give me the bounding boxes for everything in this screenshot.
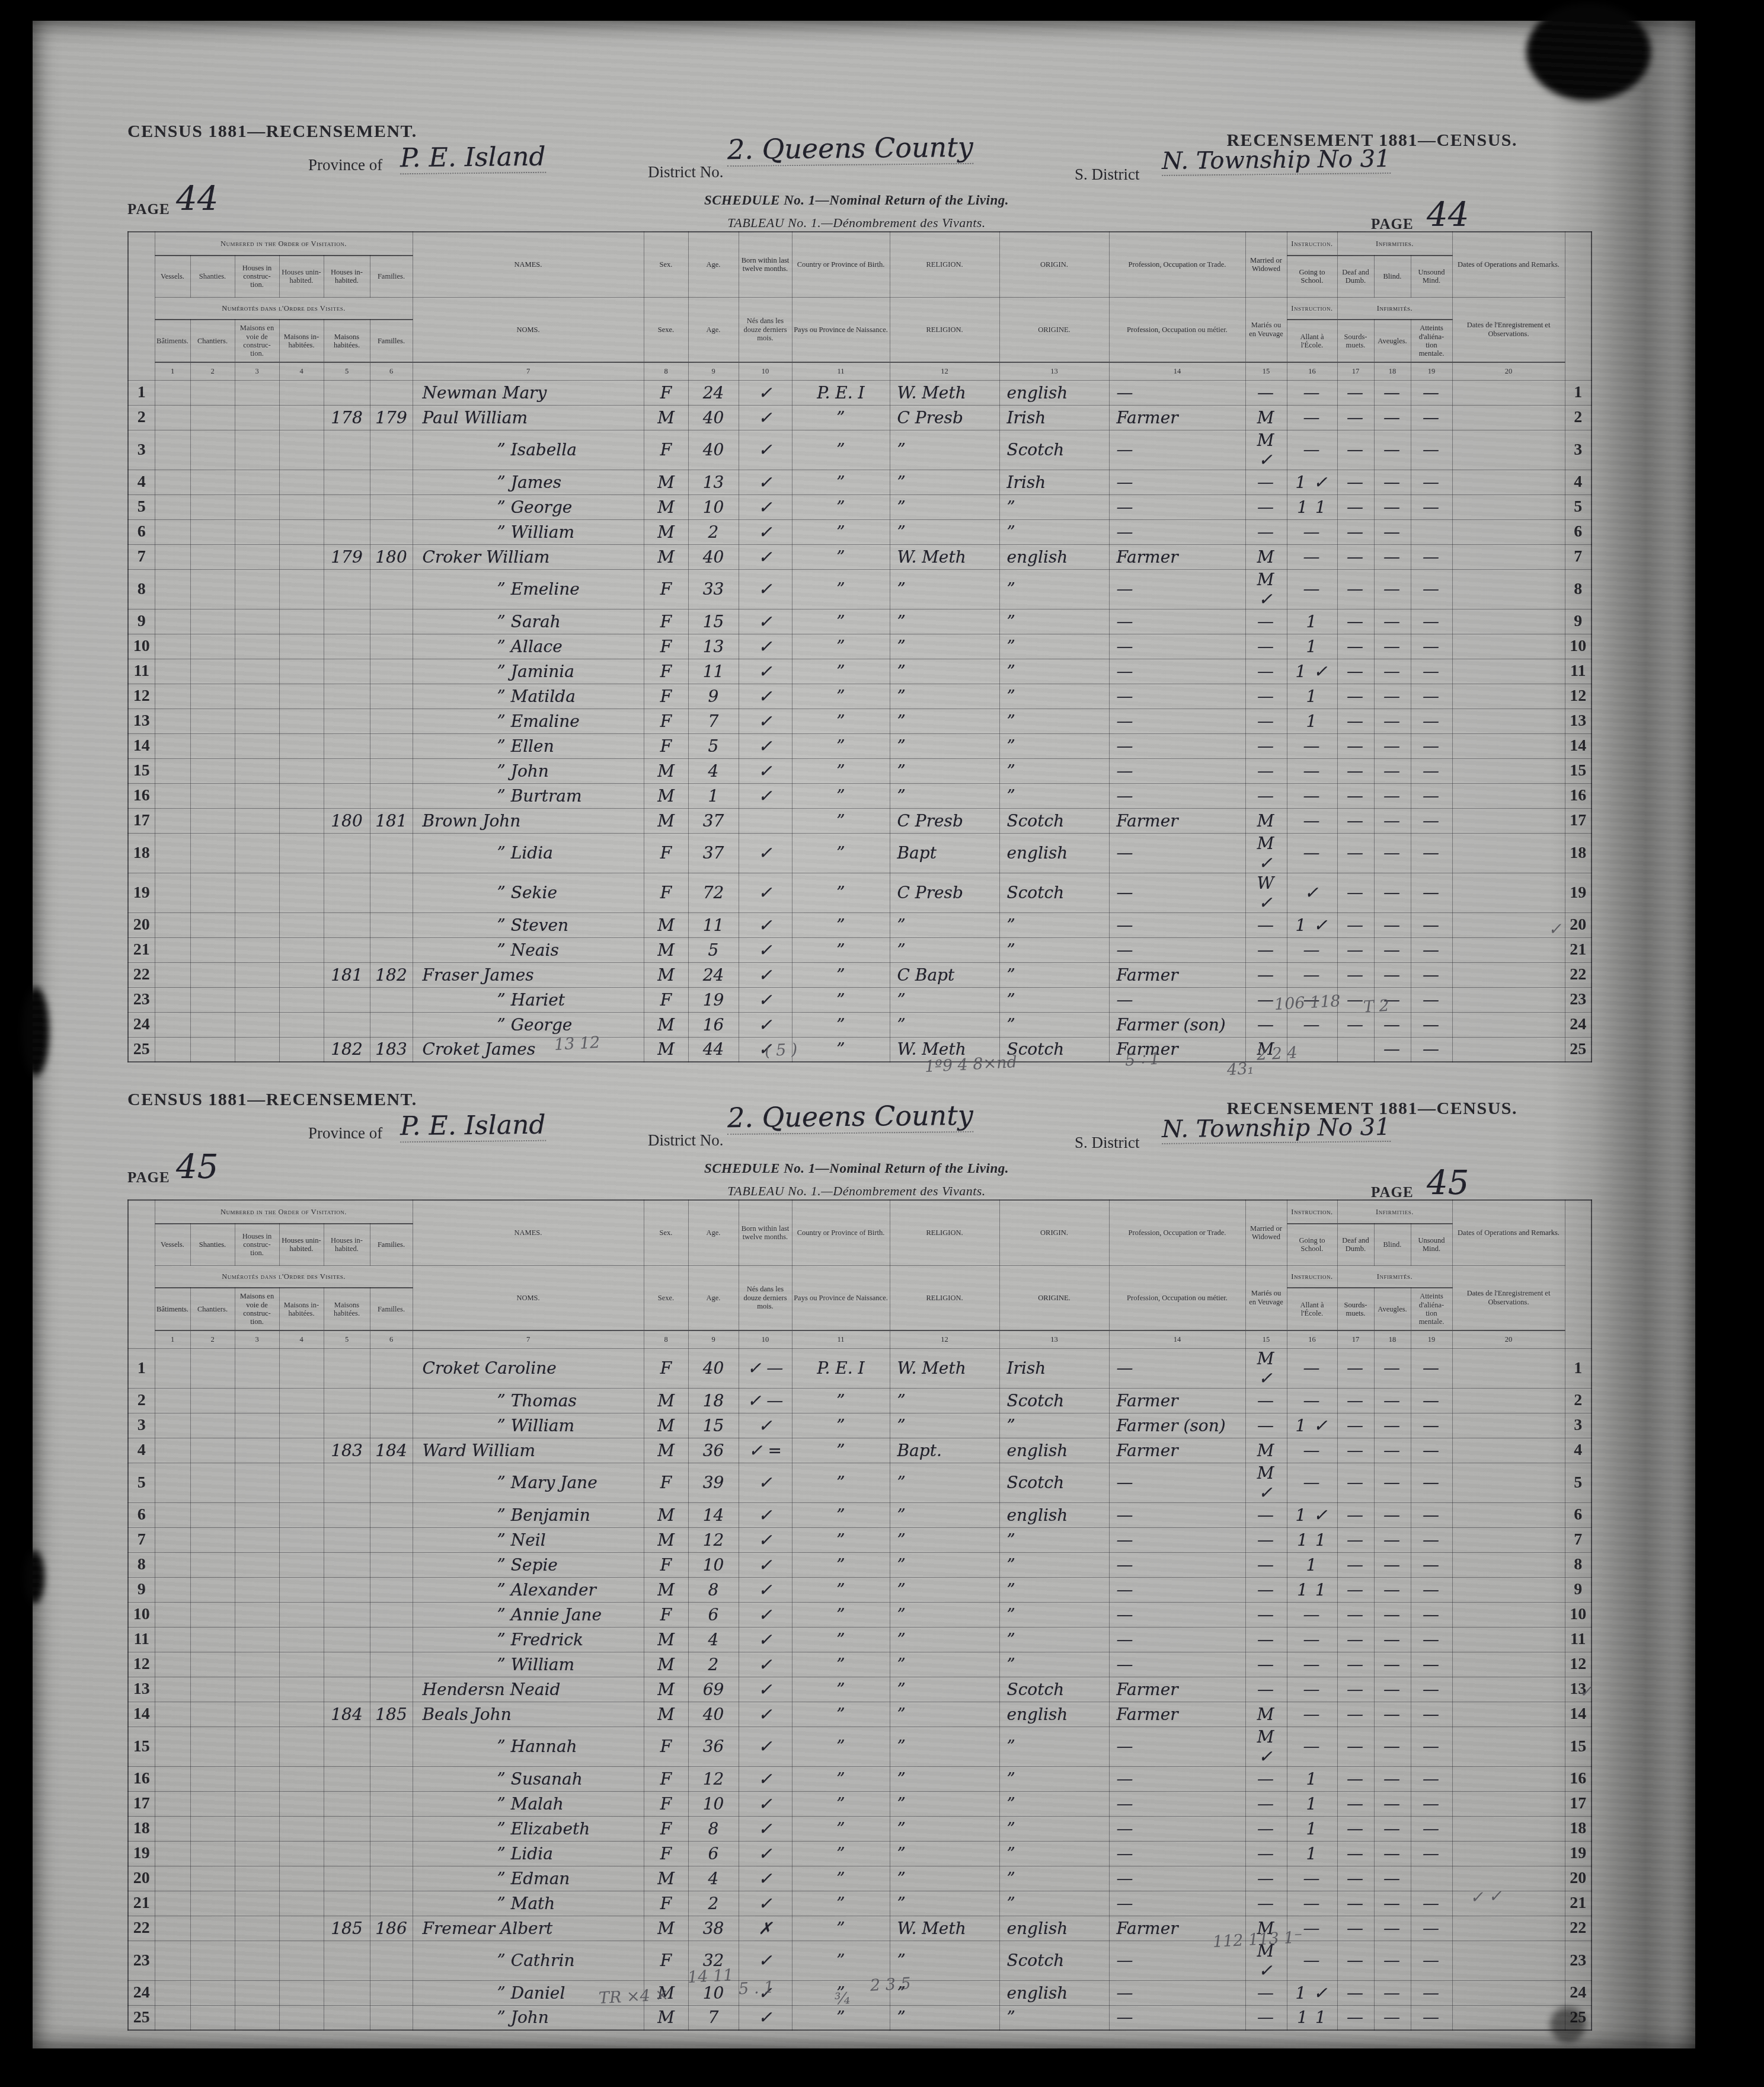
cell-shanties [190, 1941, 235, 1980]
cell-deaf-dumb: — [1337, 1463, 1374, 1502]
cell-age: 39 [688, 1463, 739, 1502]
col-header-17-en: Deaf and Dumb. [1337, 1224, 1374, 1265]
cell-row-number: 5 [128, 494, 155, 519]
province-value: P. E. Island [400, 1110, 546, 1143]
cell-school: — [1287, 1012, 1337, 1037]
cell-school: 1 [1287, 1766, 1337, 1791]
cell-row-number: 17 [128, 808, 155, 833]
cell-unsound-mind: — [1411, 1463, 1452, 1502]
cell-row-number: 1 [128, 1348, 155, 1388]
cell-row-number: 8 [128, 569, 155, 609]
cell-blind: — [1374, 1841, 1411, 1866]
cell-family-number [370, 1677, 413, 1702]
cell-shanties [190, 1916, 235, 1941]
cell-family-number [370, 1388, 413, 1413]
cell-houses-construction [235, 758, 279, 783]
cell-profession: — [1109, 1791, 1245, 1816]
cell-born-12mo: ✓ [739, 1941, 792, 1980]
cell-origin: ” [999, 733, 1109, 758]
cell-shanties [190, 1463, 235, 1502]
cell-profession: Farmer [1109, 1438, 1245, 1463]
cell-house-number [324, 2005, 370, 2030]
cell-sex: M [644, 1438, 688, 1463]
cell-birthplace: ” [792, 783, 890, 808]
cell-blind: — [1374, 937, 1411, 962]
cell-houses-construction [235, 1652, 279, 1677]
cell-age: 4 [688, 1627, 739, 1652]
cell-shanties [190, 709, 235, 733]
cell-house-number [324, 684, 370, 709]
col-number-2: 2 [190, 362, 235, 380]
cell-birthplace: ” [792, 1866, 890, 1891]
census-row: 17” MalahF10✓”””——1———17 [128, 1791, 1592, 1816]
col-header-8-en: Sex. [644, 232, 688, 297]
census-row: 1Croket CarolineF40✓ —P. E. IW. MethIris… [128, 1348, 1592, 1388]
cell-age: 7 [688, 2005, 739, 2030]
cell-shanties [190, 758, 235, 783]
cell-vessels [155, 1916, 190, 1941]
census-row: 15” HannahF36✓”””—M ✓————15 [128, 1727, 1592, 1766]
cell-born-12mo: ✓ [739, 1841, 792, 1866]
cell-family-number [370, 758, 413, 783]
cell-birthplace: ” [792, 1652, 890, 1677]
cell-school: 1 ✓ [1287, 1413, 1337, 1438]
cell-family-number [370, 1502, 413, 1527]
cell-family-number: 181 [370, 808, 413, 833]
page-number-right: 44 [1427, 196, 1469, 234]
cell-blind: — [1374, 634, 1411, 659]
col-header-19-en: Unsound Mind. [1411, 256, 1452, 297]
cell-house-number: 181 [324, 962, 370, 987]
cell-deaf-dumb: — [1337, 1980, 1374, 2005]
cell-birthplace: ” [792, 1012, 890, 1037]
cell-houses-construction [235, 1552, 279, 1577]
cell-vessels [155, 430, 190, 470]
cell-married-widowed: — [1245, 1413, 1287, 1438]
cell-religion: ” [890, 1502, 999, 1527]
cell-born-12mo: ✓ [739, 519, 792, 544]
cell-age: 15 [688, 609, 739, 634]
cell-sex: M [644, 544, 688, 569]
cell-vessels [155, 1677, 190, 1702]
census-row: 8” SepieF10✓”””——1———8 [128, 1552, 1592, 1577]
cell-row-number-right: 22 [1565, 962, 1592, 987]
cell-row-number-right: 7 [1565, 544, 1592, 569]
cell-house-number [324, 937, 370, 962]
cell-origin: ” [999, 783, 1109, 808]
cell-remarks [1452, 494, 1565, 519]
cell-row-number-right: 6 [1565, 519, 1592, 544]
cell-born-12mo: ✓ [739, 1702, 792, 1727]
cell-birthplace: ” [792, 659, 890, 684]
cell-school: 1 1 [1287, 494, 1337, 519]
cell-sex: F [644, 1766, 688, 1791]
census-row: 21” MathF2✓”””——————21 [128, 1891, 1592, 1916]
cell-origin: ” [999, 1602, 1109, 1627]
col-header-14-fr: Profession, Occupation ou métier. [1109, 1265, 1245, 1330]
cell-name: ” Susanah [413, 1766, 644, 1791]
cell-religion: C Presb [890, 405, 999, 430]
page-number-right: 45 [1427, 1164, 1469, 1202]
cell-vessels [155, 1980, 190, 2005]
cell-vessels [155, 987, 190, 1012]
col-number-17: 17 [1337, 362, 1374, 380]
cell-school: 1 ✓ [1287, 912, 1337, 937]
pencil-annotation: 2 3 5 [870, 1974, 911, 1995]
col-header-3-fr: Maisons en voie de construc- tion. [235, 320, 279, 362]
cell-married-widowed: — [1245, 758, 1287, 783]
cell-school: — [1287, 1702, 1337, 1727]
cell-houses-construction [235, 1980, 279, 2005]
cell-blind: — [1374, 808, 1411, 833]
cell-deaf-dumb: — [1337, 758, 1374, 783]
cell-sex: M [644, 1577, 688, 1602]
cell-religion: ” [890, 733, 999, 758]
infirmities-group-fr: Infirmités. [1337, 1265, 1452, 1288]
cell-origin: ” [999, 609, 1109, 634]
pencil-annotation: 5 ∶ 1 [1124, 1049, 1160, 1070]
cell-profession: — [1109, 1577, 1245, 1602]
cell-origin: ” [999, 937, 1109, 962]
col-number-19: 19 [1411, 1330, 1452, 1348]
cell-row-number-right: 19 [1565, 1841, 1592, 1866]
cell-houses-construction [235, 783, 279, 808]
cell-unsound-mind: — [1411, 1702, 1452, 1727]
cell-age: 7 [688, 709, 739, 733]
cell-blind: — [1374, 1413, 1411, 1438]
cell-house-number [324, 833, 370, 873]
cell-name: ” Thomas [413, 1388, 644, 1413]
cell-born-12mo: ✓ [739, 1727, 792, 1766]
infirmities-group-en: Infirmities. [1337, 232, 1452, 256]
cell-blind: — [1374, 430, 1411, 470]
cell-age: 6 [688, 1602, 739, 1627]
cell-houses-uninhabited [279, 962, 324, 987]
cell-remarks [1452, 833, 1565, 873]
cell-row-number-right: 5 [1565, 1463, 1592, 1502]
cell-row-number: 4 [128, 470, 155, 494]
cell-shanties [190, 380, 235, 405]
cell-married-widowed: — [1245, 470, 1287, 494]
cell-born-12mo: ✓ [739, 494, 792, 519]
cell-houses-construction [235, 873, 279, 912]
col-header-15-en: Married or Widowed [1245, 232, 1287, 297]
cell-houses-construction [235, 569, 279, 609]
cell-vessels [155, 609, 190, 634]
cell-born-12mo: ✓ [739, 937, 792, 962]
province-label: Province of [308, 1124, 382, 1143]
cell-vessels [155, 1552, 190, 1577]
cell-age: 11 [688, 912, 739, 937]
cell-married-widowed: — [1245, 1502, 1287, 1527]
cell-age: 38 [688, 1916, 739, 1941]
census-row: 15” JohnM4✓”””——————15 [128, 758, 1592, 783]
cell-origin: ” [999, 2005, 1109, 2030]
cell-born-12mo: ✓ [739, 1627, 792, 1652]
cell-religion: C Presb [890, 808, 999, 833]
cell-married-widowed: — [1245, 684, 1287, 709]
cell-origin: Irish [999, 470, 1109, 494]
census-row: 6” WilliamM2✓”””—————6 [128, 519, 1592, 544]
cell-deaf-dumb: — [1337, 709, 1374, 733]
cell-shanties [190, 1652, 235, 1677]
cell-sex: F [644, 1816, 688, 1841]
cell-houses-uninhabited [279, 544, 324, 569]
cell-houses-uninhabited [279, 1816, 324, 1841]
cell-religion: ” [890, 912, 999, 937]
cell-family-number [370, 1602, 413, 1627]
col-number-6: 6 [370, 362, 413, 380]
census-row: 19” LidiaF6✓”””——1———19 [128, 1841, 1592, 1866]
cell-school: 1 1 [1287, 2005, 1337, 2030]
cell-row-number-right: 16 [1565, 783, 1592, 808]
cell-houses-construction [235, 808, 279, 833]
cell-age: 8 [688, 1816, 739, 1841]
cell-origin: Scotch [999, 873, 1109, 912]
col-number-11: 11 [792, 1330, 890, 1348]
cell-school: — [1287, 1677, 1337, 1702]
pencil-annotation: 106 118 [1274, 992, 1341, 1014]
cell-birthplace: ” [792, 808, 890, 833]
cell-houses-construction [235, 1527, 279, 1552]
cell-deaf-dumb: — [1337, 684, 1374, 709]
cell-unsound-mind [1411, 1866, 1452, 1891]
cell-blind: — [1374, 1577, 1411, 1602]
cell-name: ” Elizabeth [413, 1816, 644, 1841]
cell-birthplace: ” [792, 709, 890, 733]
cell-house-number: 179 [324, 544, 370, 569]
cell-school: 1 [1287, 684, 1337, 709]
cell-profession: Farmer [1109, 405, 1245, 430]
cell-sex: M [644, 912, 688, 937]
cell-row-number-right: 3 [1565, 1413, 1592, 1438]
cell-birthplace: ” [792, 1916, 890, 1941]
cell-religion: ” [890, 1388, 999, 1413]
cell-religion: ” [890, 1463, 999, 1502]
cell-family-number: 184 [370, 1438, 413, 1463]
cell-birthplace: ” [792, 1602, 890, 1627]
cell-row-number-right: 13 [1565, 709, 1592, 733]
col-header-11-en: Country or Province of Birth. [792, 1200, 890, 1265]
cell-row-number-right: 8 [1565, 569, 1592, 609]
cell-row-number: 23 [128, 987, 155, 1012]
cell-remarks [1452, 758, 1565, 783]
col-number-15: 15 [1245, 362, 1287, 380]
subdistrict-label: S. District [1075, 165, 1140, 184]
cell-blind: — [1374, 1652, 1411, 1677]
cell-row-number-right: 1 [1565, 380, 1592, 405]
cell-houses-construction [235, 962, 279, 987]
cell-profession: — [1109, 659, 1245, 684]
col-header-4-fr: Maisons in- habitées. [279, 320, 324, 362]
cell-born-12mo: ✓ [739, 833, 792, 873]
cell-profession: — [1109, 634, 1245, 659]
cell-school: 1 [1287, 1791, 1337, 1816]
cell-shanties [190, 1438, 235, 1463]
cell-school: — [1287, 405, 1337, 430]
cell-born-12mo: ✓ [739, 1652, 792, 1677]
cell-profession: — [1109, 380, 1245, 405]
cell-unsound-mind: — [1411, 1438, 1452, 1463]
cell-deaf-dumb: — [1337, 1791, 1374, 1816]
cell-school: — [1287, 1438, 1337, 1463]
col-number-5: 5 [324, 1330, 370, 1348]
cell-birthplace: ” [792, 569, 890, 609]
col-header-8-fr: Sexe. [644, 297, 688, 362]
cell-sex: F [644, 1552, 688, 1577]
cell-vessels [155, 684, 190, 709]
cell-row-number: 9 [128, 1577, 155, 1602]
cell-school: — [1287, 519, 1337, 544]
cell-row-number-right: 22 [1565, 1916, 1592, 1941]
cell-houses-construction [235, 1766, 279, 1791]
cell-name: ” Alexander [413, 1577, 644, 1602]
cell-married-widowed: — [1245, 1866, 1287, 1891]
cell-origin: ” [999, 1577, 1109, 1602]
cell-profession: — [1109, 2005, 1245, 2030]
cell-remarks [1452, 733, 1565, 758]
cell-family-number [370, 569, 413, 609]
cell-sex: F [644, 833, 688, 873]
col-number-11: 11 [792, 362, 890, 380]
cell-profession: — [1109, 494, 1245, 519]
cell-houses-construction [235, 1602, 279, 1627]
col-header-13-en: ORIGIN. [999, 1200, 1109, 1265]
cell-school: 1 [1287, 609, 1337, 634]
cell-profession: — [1109, 937, 1245, 962]
cell-remarks [1452, 405, 1565, 430]
cell-origin: Scotch [999, 430, 1109, 470]
cell-row-number-right: 2 [1565, 1388, 1592, 1413]
cell-married-widowed: — [1245, 1652, 1287, 1677]
cell-house-number [324, 1552, 370, 1577]
cell-house-number [324, 758, 370, 783]
cell-sex: M [644, 470, 688, 494]
cell-age: 24 [688, 962, 739, 987]
cell-row-number-right: 9 [1565, 1577, 1592, 1602]
cell-deaf-dumb: — [1337, 937, 1374, 962]
cell-houses-construction [235, 380, 279, 405]
cell-unsound-mind: — [1411, 962, 1452, 987]
cell-houses-construction [235, 1463, 279, 1502]
cell-house-number [324, 519, 370, 544]
cell-remarks [1452, 937, 1565, 962]
cell-origin: ” [999, 1866, 1109, 1891]
cell-name: Croket James [413, 1037, 644, 1062]
cell-family-number [370, 1527, 413, 1552]
cell-born-12mo: ✓ [739, 609, 792, 634]
cell-family-number [370, 519, 413, 544]
cell-born-12mo: ✓ [739, 405, 792, 430]
cell-blind: — [1374, 733, 1411, 758]
cell-vessels [155, 1891, 190, 1916]
cell-origin: ” [999, 709, 1109, 733]
cell-born-12mo: ✓ [739, 987, 792, 1012]
cell-row-number: 15 [128, 1727, 155, 1766]
cell-sex: F [644, 380, 688, 405]
cell-origin: ” [999, 1727, 1109, 1766]
cell-religion: ” [890, 1766, 999, 1791]
cell-remarks [1452, 569, 1565, 609]
scan-artifact [1550, 2007, 1586, 2043]
cell-origin: Scotch [999, 1388, 1109, 1413]
cell-blind: — [1374, 1527, 1411, 1552]
page-number: 45 [176, 1148, 218, 1186]
cell-unsound-mind: — [1411, 1577, 1452, 1602]
cell-origin: ” [999, 1527, 1109, 1552]
cell-origin: english [999, 1980, 1109, 2005]
cell-blind: — [1374, 569, 1411, 609]
col-number-10: 10 [739, 1330, 792, 1348]
cell-remarks [1452, 1012, 1565, 1037]
cell-houses-uninhabited [279, 609, 324, 634]
cell-shanties [190, 1980, 235, 2005]
cell-row-number-right: 15 [1565, 758, 1592, 783]
cell-row-number: 14 [128, 733, 155, 758]
cell-row-number-right: 2 [1565, 405, 1592, 430]
cell-row-number: 24 [128, 1980, 155, 2005]
census-row: 7179180Croker WilliamM40✓”W. Methenglish… [128, 544, 1592, 569]
cell-family-number [370, 430, 413, 470]
cell-house-number [324, 609, 370, 634]
cell-profession: — [1109, 709, 1245, 733]
cell-houses-uninhabited [279, 1527, 324, 1552]
cell-unsound-mind: — [1411, 659, 1452, 684]
cell-profession: — [1109, 1841, 1245, 1866]
cell-birthplace: ” [792, 873, 890, 912]
cell-shanties [190, 519, 235, 544]
cell-vessels [155, 1841, 190, 1866]
cell-unsound-mind: — [1411, 1841, 1452, 1866]
subdistrict-value: N. Township No 31 [1162, 1113, 1391, 1144]
col-header-19-fr: Atteints d'aliéna- tion mentale. [1411, 320, 1452, 362]
cell-houses-construction [235, 2005, 279, 2030]
cell-vessels [155, 659, 190, 684]
cell-born-12mo: ✓ [739, 634, 792, 659]
cell-born-12mo: ✓ [739, 1502, 792, 1527]
cell-age: 4 [688, 1866, 739, 1891]
district-label: District No. [648, 1131, 724, 1150]
row-number-header-right [1565, 1200, 1592, 1348]
col-header-15-fr: Mariés ou en Veuvage [1245, 1265, 1287, 1330]
cell-shanties [190, 1841, 235, 1866]
cell-origin: english [999, 1438, 1109, 1463]
cell-deaf-dumb: — [1337, 1916, 1374, 1941]
cell-remarks [1452, 380, 1565, 405]
cell-unsound-mind: — [1411, 1413, 1452, 1438]
col-number-8: 8 [644, 362, 688, 380]
cell-unsound-mind: — [1411, 1502, 1452, 1527]
cell-unsound-mind: — [1411, 1891, 1452, 1916]
col-number-18: 18 [1374, 1330, 1411, 1348]
cell-vessels [155, 1727, 190, 1766]
cell-house-number [324, 1791, 370, 1816]
cell-name: ” Burtram [413, 783, 644, 808]
cell-deaf-dumb: — [1337, 1527, 1374, 1552]
cell-born-12mo: ✓ [739, 684, 792, 709]
census-row: 9” AlexanderM8✓”””——1 1———9 [128, 1577, 1592, 1602]
cell-age: 12 [688, 1766, 739, 1791]
cell-remarks [1452, 1438, 1565, 1463]
cell-blind: — [1374, 1980, 1411, 2005]
cell-origin: english [999, 1702, 1109, 1727]
cell-married-widowed: — [1245, 1791, 1287, 1816]
cell-birthplace: ” [792, 544, 890, 569]
subdistrict-value: N. Township No 31 [1162, 145, 1391, 176]
cell-married-widowed: — [1245, 1552, 1287, 1577]
cell-age: 6 [688, 1841, 739, 1866]
cell-blind: — [1374, 659, 1411, 684]
